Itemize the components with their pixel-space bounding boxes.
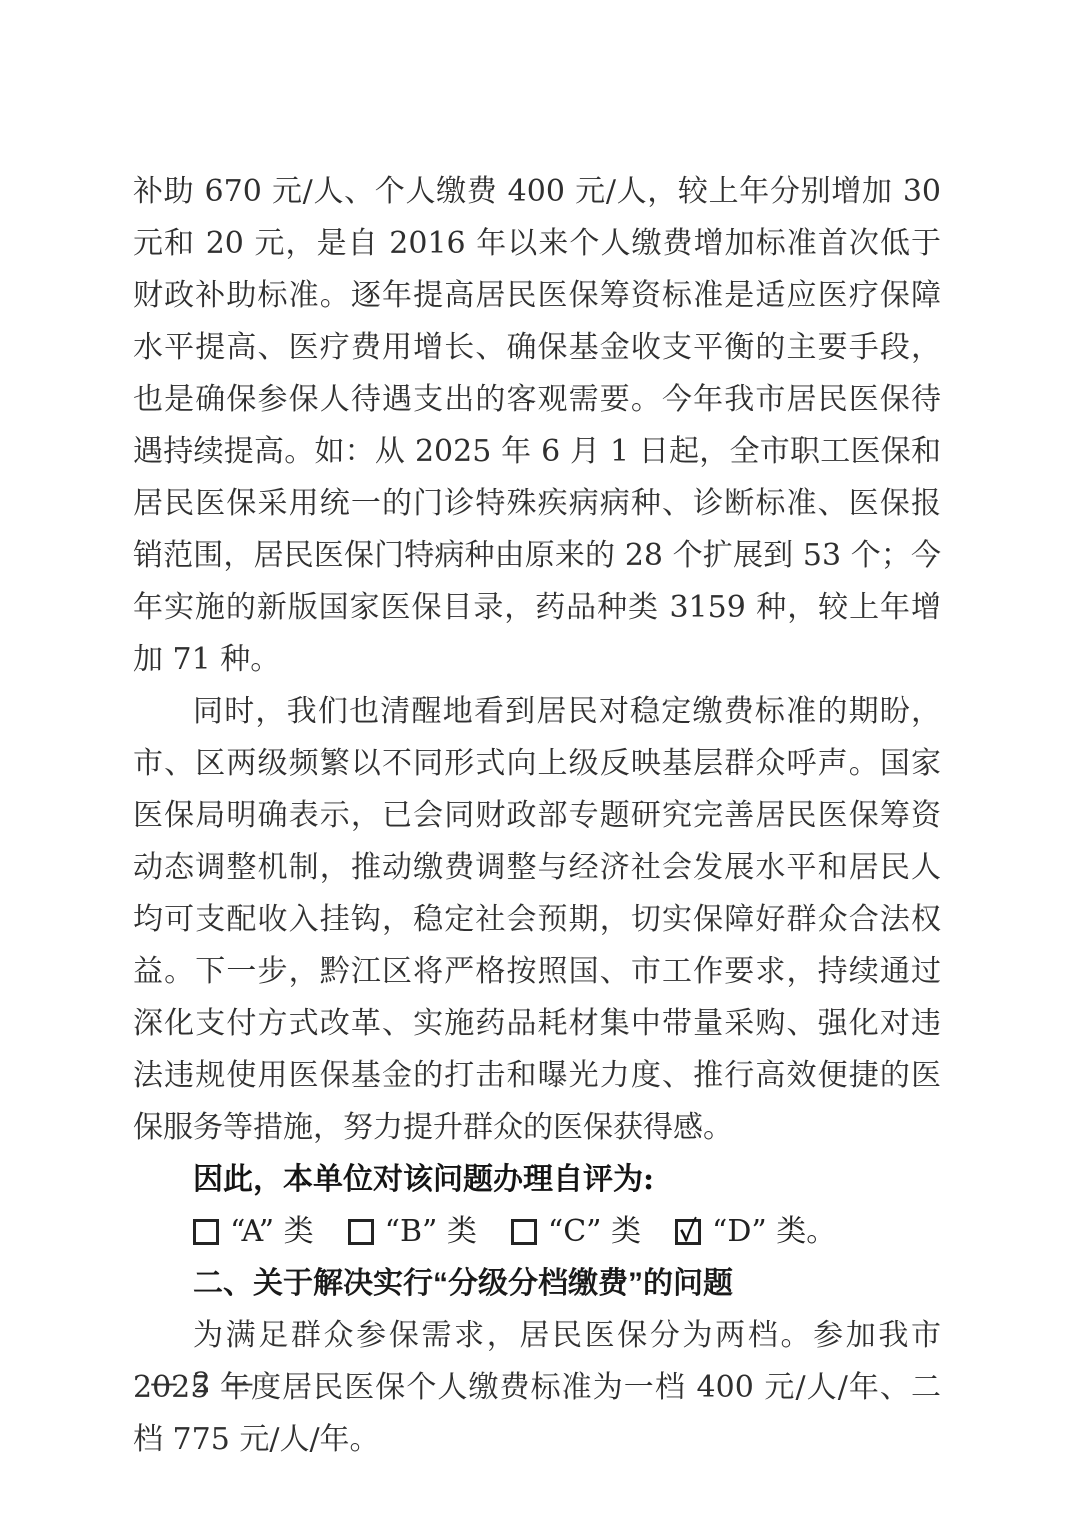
self-evaluation-line: 因此，本单位对该问题办理自评为: bbox=[133, 1154, 941, 1206]
rating-option-a-label: “A” 类 bbox=[230, 1206, 314, 1258]
rating-option-c: “C” 类 bbox=[511, 1206, 641, 1258]
section-heading: 二、关于解决实行“分级分档缴费”的问题 bbox=[133, 1258, 941, 1310]
checkbox-unchecked-icon[interactable] bbox=[511, 1219, 537, 1245]
rating-options-row: “A” 类 “B” 类 “C” 类 ✓ “D” 类。 bbox=[133, 1206, 941, 1258]
rating-option-d: ✓ “D” 类。 bbox=[675, 1206, 836, 1258]
rating-option-a: “A” 类 bbox=[193, 1206, 314, 1258]
rating-option-c-label: “C” 类 bbox=[548, 1206, 641, 1258]
rating-option-d-label: “D” 类。 bbox=[712, 1206, 836, 1258]
checkbox-unchecked-icon[interactable] bbox=[348, 1219, 374, 1245]
document-body: 补助 670 元/人、个人缴费 400 元/人，较上年分别增加 30 元和 20… bbox=[133, 166, 941, 1466]
rating-option-b-label: “B” 类 bbox=[385, 1206, 477, 1258]
paragraph-response-measures: 同时，我们也清醒地看到居民对稳定缴费标准的期盼，市、区两级频繁以不同形式向上级反… bbox=[133, 686, 941, 1154]
page-number: — 2 — bbox=[150, 1365, 257, 1401]
rating-option-b: “B” 类 bbox=[348, 1206, 477, 1258]
checkbox-checked-icon[interactable]: ✓ bbox=[675, 1219, 701, 1245]
checkbox-unchecked-icon[interactable] bbox=[193, 1219, 219, 1245]
paragraph-funding-standards: 补助 670 元/人、个人缴费 400 元/人，较上年分别增加 30 元和 20… bbox=[133, 166, 941, 686]
